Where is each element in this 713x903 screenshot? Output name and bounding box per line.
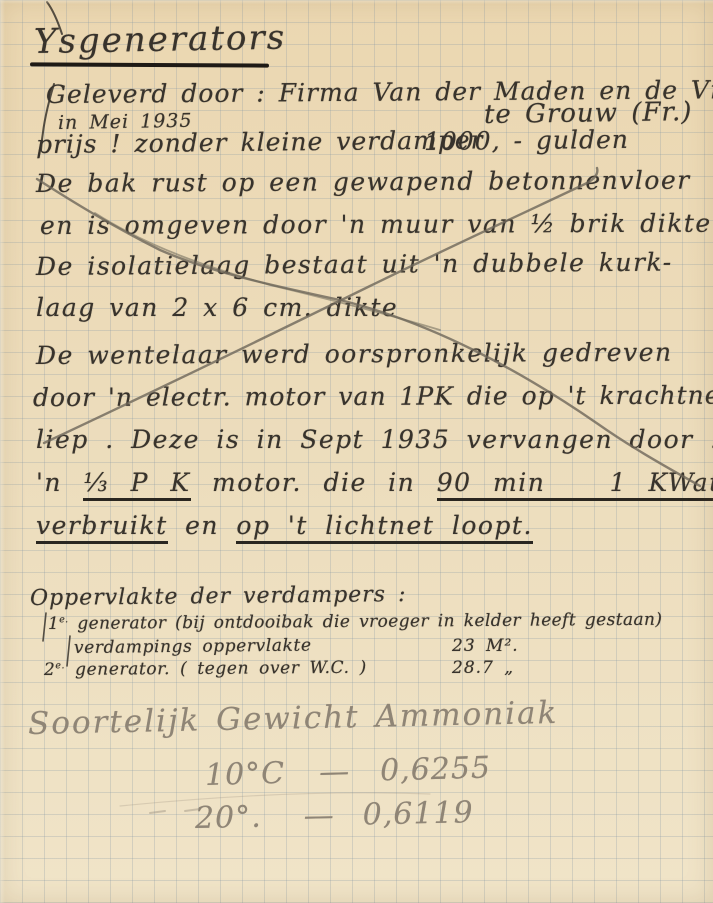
title-underline <box>30 62 269 67</box>
motor-line-4-part-3: motor. die in <box>191 468 437 497</box>
surface-row-3-text: generator. ( tegen over W.C. ) <box>65 658 367 680</box>
motor-line-3: liep . Deze is in Sept 1935 vervangen do… <box>36 425 713 454</box>
price-value: 1000, - gulden <box>424 125 629 156</box>
surface-row-1-num: 1 <box>48 614 59 634</box>
motor-line-4-underlined-kwatt: 90 min 1 KWatt <box>437 468 713 501</box>
motor-line-2: door 'n electr. motor van 1PK die op 't … <box>33 381 713 412</box>
notebook-page: Ysgenerators Geleverd door : Firma Van d… <box>0 0 713 903</box>
pencil-row-20: 20°.—0,6119 <box>195 795 474 836</box>
pencil-row-10c-dash: — <box>319 754 351 790</box>
construction-line-3: De isolatielaag bestaat uit 'n dubbele k… <box>36 248 673 281</box>
surface-row-1: 1e. generator (bij ontdooibak die vroege… <box>48 610 663 634</box>
price-line: prijs ! zonder kleine verdamper <box>36 125 484 159</box>
surface-row-3-value: 28.7 „ <box>452 658 514 678</box>
surface-row-1-text: generator (bij ontdooibak die vroeger in… <box>68 610 662 634</box>
construction-line-1: De bak rust op een gewapend betonnenvloe… <box>36 166 691 198</box>
pencil-row-10c-temp: 10°C <box>205 756 286 793</box>
surface-row-2-value: 23 M². <box>452 636 519 656</box>
motor-line-4-part-1: 'n <box>36 468 83 497</box>
pencil-row-10c: 10°C—0,6255 <box>205 751 492 793</box>
surface-row-2-label: verdampings oppervlakte <box>74 636 312 658</box>
surface-row-3-label: 2e. generator. ( tegen over W.C. ) <box>44 658 367 680</box>
motor-line-4-underlined-pk: ⅓ P K <box>83 468 190 501</box>
motor-line-1: De wentelaar werd oorspronkelijk gedreve… <box>36 338 673 370</box>
pencil-row-20-dash: — <box>303 798 335 834</box>
motor-line-5-underlined-lichtnet: op 't lichtnet loopt. <box>236 511 533 544</box>
construction-line-4: laag van 2 x 6 cm. dikte <box>36 293 398 322</box>
motor-line-4: 'n ⅓ P K motor. die in 90 min 1 KWatt <box>36 468 713 497</box>
pencil-row-20-value: 0,6119 <box>362 795 474 832</box>
page-title: Ysgenerators <box>34 18 287 62</box>
motor-line-5-part-2: en <box>168 511 237 540</box>
construction-line-2: en is omgeven door 'n muur van ½ brik di… <box>40 209 712 240</box>
motor-line-5: verbruikt en op 't lichtnet loopt. <box>36 511 533 540</box>
pencil-row-10c-value: 0,6255 <box>380 751 492 789</box>
surface-row-1-sup: e. <box>59 614 68 625</box>
surface-row-3-sup: e. <box>55 660 65 671</box>
pencil-heading: Soortelijk Gewicht Ammoniak <box>28 695 559 742</box>
motor-line-5-underlined-verbruikt: verbruikt <box>36 511 168 544</box>
pen-tick-row1 <box>43 613 46 641</box>
surface-heading: Oppervlakte der verdampers : <box>30 582 407 611</box>
surface-row-3-num: 2 <box>44 660 56 680</box>
pencil-dash-1 <box>150 811 165 813</box>
pencil-row-20-temp: 20°. <box>195 800 262 836</box>
